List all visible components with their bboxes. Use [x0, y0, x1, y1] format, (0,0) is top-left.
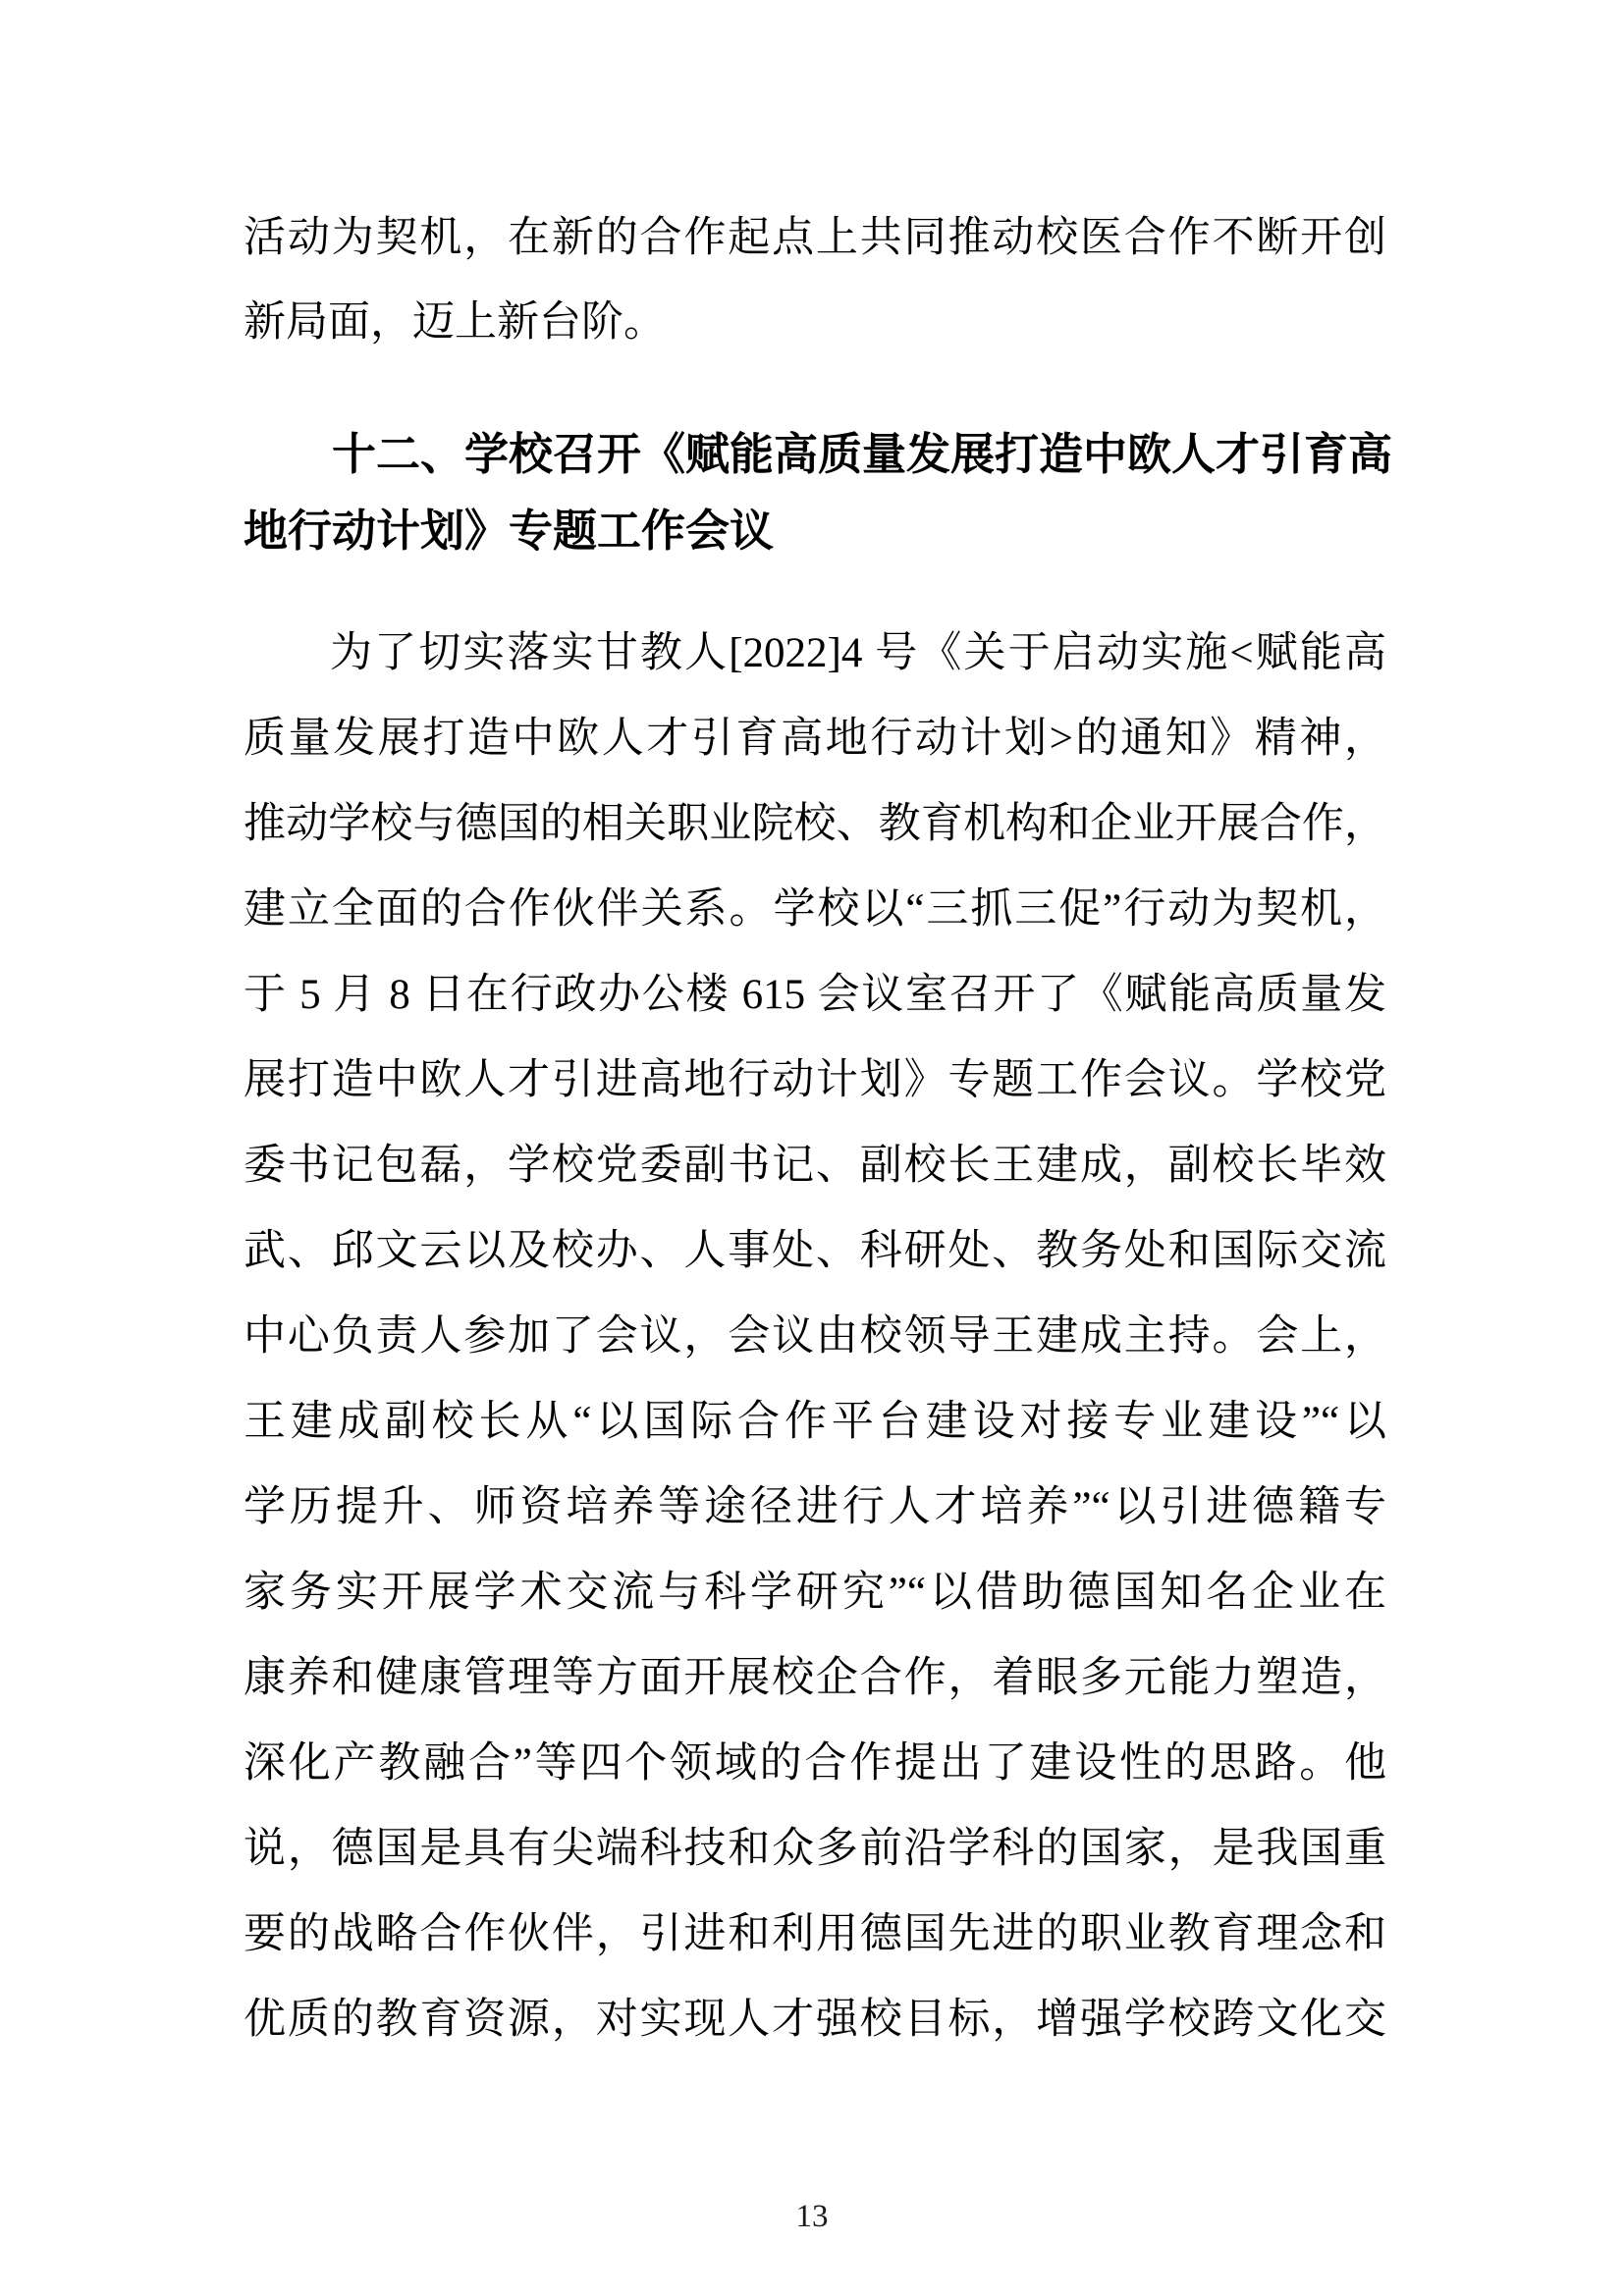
paragraph-continued: 活动为契机，在新的合作起点上共同推动校医合作不断开创 新局面，迈上新台阶。	[244, 196, 1386, 365]
text-line: 建立全面的合作伙伴关系。学校以“三抓三促”行动为契机，	[244, 867, 1386, 952]
text-line: 中心负责人参加了会议，会议由校领导王建成主持。会上，	[244, 1294, 1386, 1379]
text-line: 深化产教融合”等四个领域的合作提出了建设性的思路。他	[244, 1721, 1386, 1806]
section-heading: 十二、学校召开《赋能高质量发展打造中欧人才引育高 地行动计划》专题工作会议	[244, 416, 1386, 569]
text-line: 活动为契机，在新的合作起点上共同推动校医合作不断开创	[244, 196, 1386, 281]
text-line: 委书记包磊，学校党委副书记、副校长王建成，副校长毕效	[244, 1123, 1386, 1208]
text-line: 于 5 月 8 日在行政办公楼 615 会议室召开了《赋能高质量发	[244, 952, 1386, 1038]
text-line: 质量发展打造中欧人才引育高地行动计划>的通知》精神，	[244, 696, 1386, 781]
text-line: 新局面，迈上新台阶。	[244, 281, 1386, 365]
heading-line: 十二、学校召开《赋能高质量发展打造中欧人才引育高	[244, 416, 1386, 493]
paragraph-body: 为了切实落实甘教人[2022]4 号《关于启动实施<赋能高 质量发展打造中欧人才…	[244, 611, 1386, 2062]
text-line: 推动学校与德国的相关职业院校、教育机构和企业开展合作，	[244, 781, 1386, 867]
text-line: 武、邱文云以及校办、人事处、科研处、教务处和国际交流	[244, 1208, 1386, 1294]
text-line: 说，德国是具有尖端科技和众多前沿学科的国家，是我国重	[244, 1806, 1386, 1892]
text-line: 家务实开展学术交流与科学研究”“以借助德国知名企业在	[244, 1550, 1386, 1635]
text-line: 王建成副校长从“以国际合作平台建设对接专业建设”“以	[244, 1379, 1386, 1465]
text-line: 康养和健康管理等方面开展校企合作，着眼多元能力塑造，	[244, 1635, 1386, 1721]
text-line: 学历提升、师资培养等途径进行人才培养”“以引进德籍专	[244, 1465, 1386, 1550]
text-line: 要的战略合作伙伴，引进和利用德国先进的职业教育理念和	[244, 1892, 1386, 1977]
document-page: 活动为契机，在新的合作起点上共同推动校医合作不断开创 新局面，迈上新台阶。 十二…	[0, 0, 1624, 2296]
text-line: 展打造中欧人才引进高地行动计划》专题工作会议。学校党	[244, 1038, 1386, 1123]
heading-line: 地行动计划》专题工作会议	[244, 493, 1386, 569]
page-number: 13	[0, 2197, 1624, 2236]
text-line: 为了切实落实甘教人[2022]4 号《关于启动实施<赋能高	[244, 611, 1386, 696]
text-line: 优质的教育资源，对实现人才强校目标，增强学校跨文化交	[244, 1977, 1386, 2062]
